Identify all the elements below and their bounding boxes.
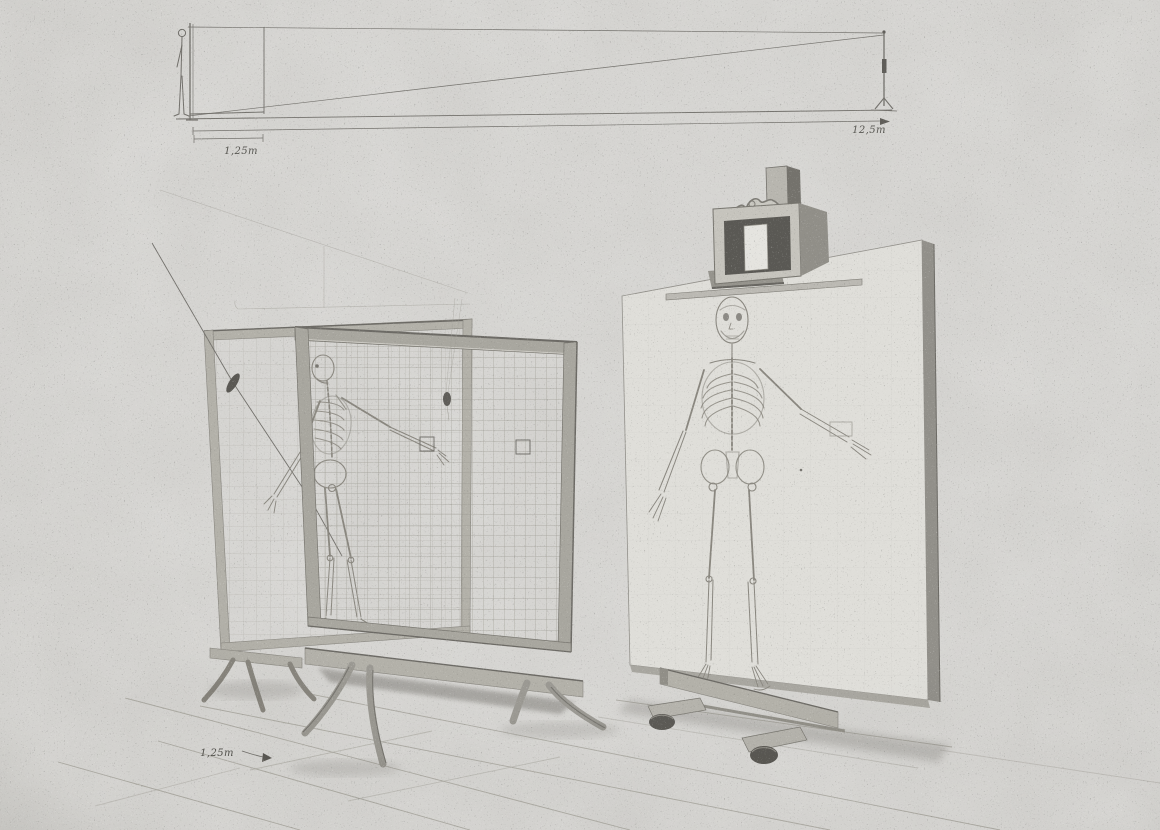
scene-svg: 12,5m 1,25m [0,0,1160,830]
plate-illustration: 12,5m 1,25m [0,0,1160,830]
grain-light-overlay [0,0,1160,830]
